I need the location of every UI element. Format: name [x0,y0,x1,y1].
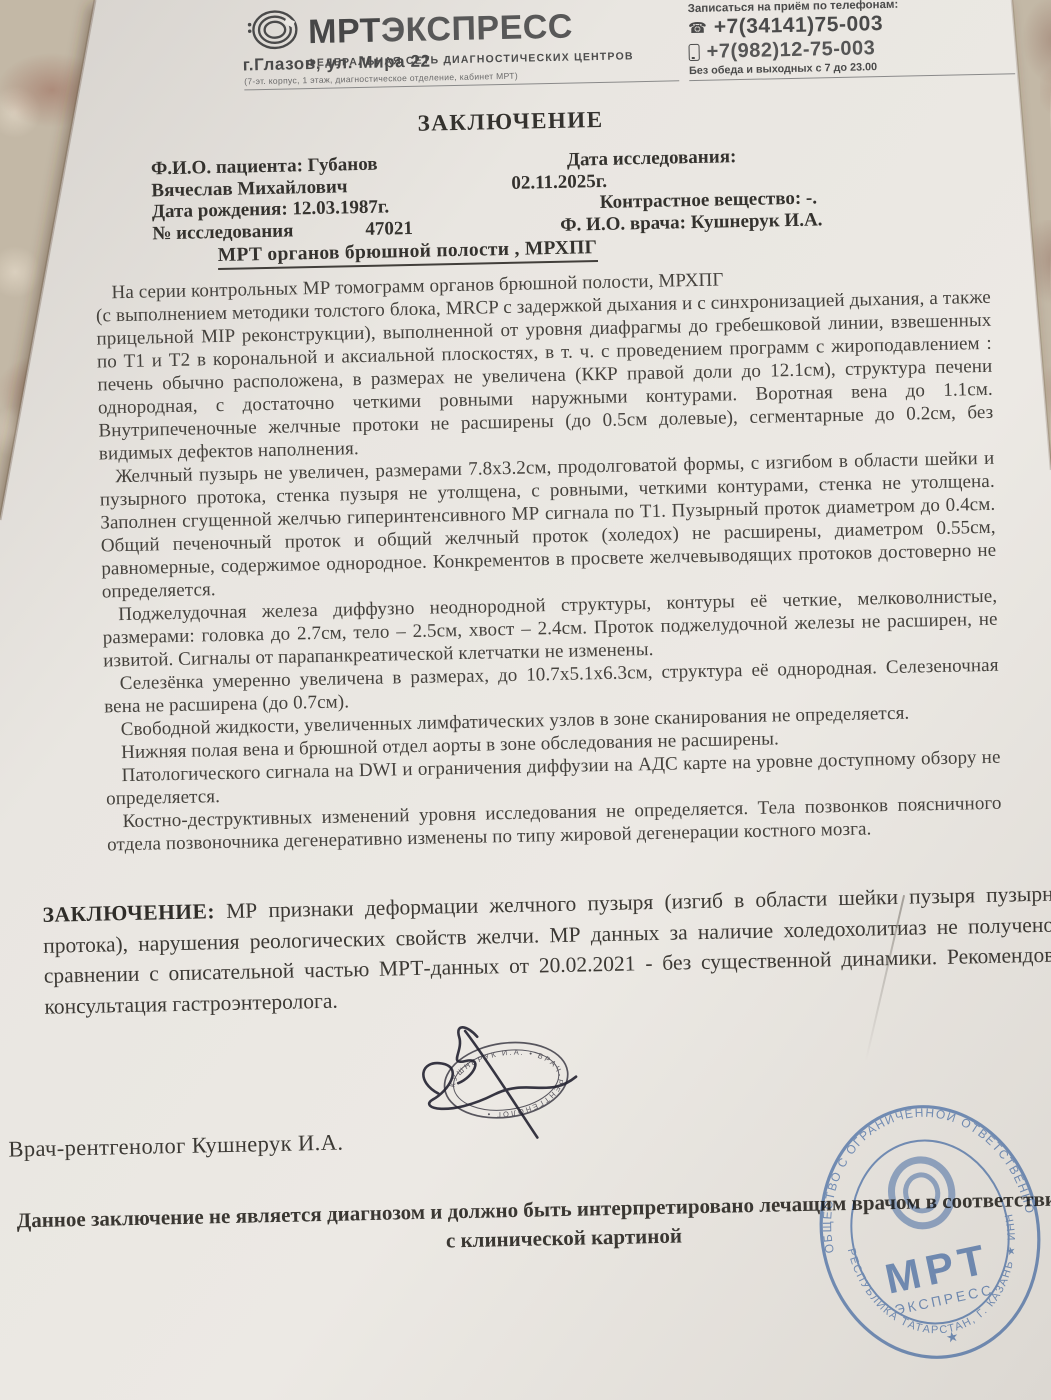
telephone-icon: ☎ [688,19,707,37]
organization-round-stamp: ОБЩЕСТВО С ОГРАНИЧЕННОЙ ОТВЕТСТВЕННОСТЬЮ… [810,1096,1051,1388]
round-stamp-outer-ring-text: ОБЩЕСТВО С ОГРАНИЧЕННОЙ ОТВЕТСТВЕННОСТЬЮ… [810,1096,1037,1262]
conclusion-label: ЗАКЛЮЧЕНИЕ: [42,899,215,927]
photo-of-document: { "header": { "brand_bold": "МРТ", "bran… [0,0,1051,1400]
phone-number-2: +7(982)12-75-003 [706,37,875,64]
svg-text:ОБЩЕСТВО С ОГРАНИЧЕННОЙ ОТВЕТС: ОБЩЕСТВО С ОГРАНИЧЕННОЙ ОТВЕТСТВЕННОСТЬЮ… [810,1096,1037,1262]
brand-name-bold: МРТ [308,11,382,51]
conclusion-block: ЗАКЛЮЧЕНИЕ: МР признаки деформации желчн… [42,878,1051,1022]
brand-logo-icon [244,7,301,57]
radiologist-signature-line: Врач-рентгенолог Кушнерук И.А. [8,1130,343,1163]
clinic-address: г.Глазов, ул. Мира 22 [243,52,431,76]
brand-name: МРТЭКСПРЕСС [308,9,573,49]
report-paragraph: (с выполнением методики толстого блока, … [96,286,994,466]
brand-name-light: ЭКСПРЕСС [381,7,574,49]
phone-number-1: +7(34141)75-003 [714,12,884,40]
report-paragraph: Желчный пузырь не увеличен, размерами 7.… [99,447,997,604]
report-body: На серии контрольных МР томограмм органо… [95,263,1002,857]
study-number-value: 47021 [365,217,413,239]
svg-text:КУШНЕРУК И.А. • ВРАЧ-РЕНТГЕНОЛ: КУШНЕРУК И.А. • ВРАЧ-РЕНТГЕНОЛОГ • [443,1040,569,1126]
study-title: МРТ органов брюшной полости , МРХПГ [218,237,598,270]
study-number-label: № исследования [152,220,293,244]
clinic-header: МРТЭКСПРЕСС ФЕДЕРАЛЬНАЯ СЕТЬ ДИАГНОСТИЧЕ… [0,0,1050,106]
document-title: ЗАКЛЮЧЕНИЕ [0,98,1021,145]
doctor-personal-stamp-and-signature: КУШНЕРУК И.А. • ВРАЧ-РЕНТГЕНОЛОГ • [407,1018,600,1152]
mobile-phone-icon [688,44,699,61]
phones-block: Записаться на приём по телефонам: ☎ +7(3… [688,0,1016,81]
doctor-stamp-ring-text: КУШНЕРУК И.А. • ВРАЧ-РЕНТГЕНОЛОГ • [443,1040,569,1126]
